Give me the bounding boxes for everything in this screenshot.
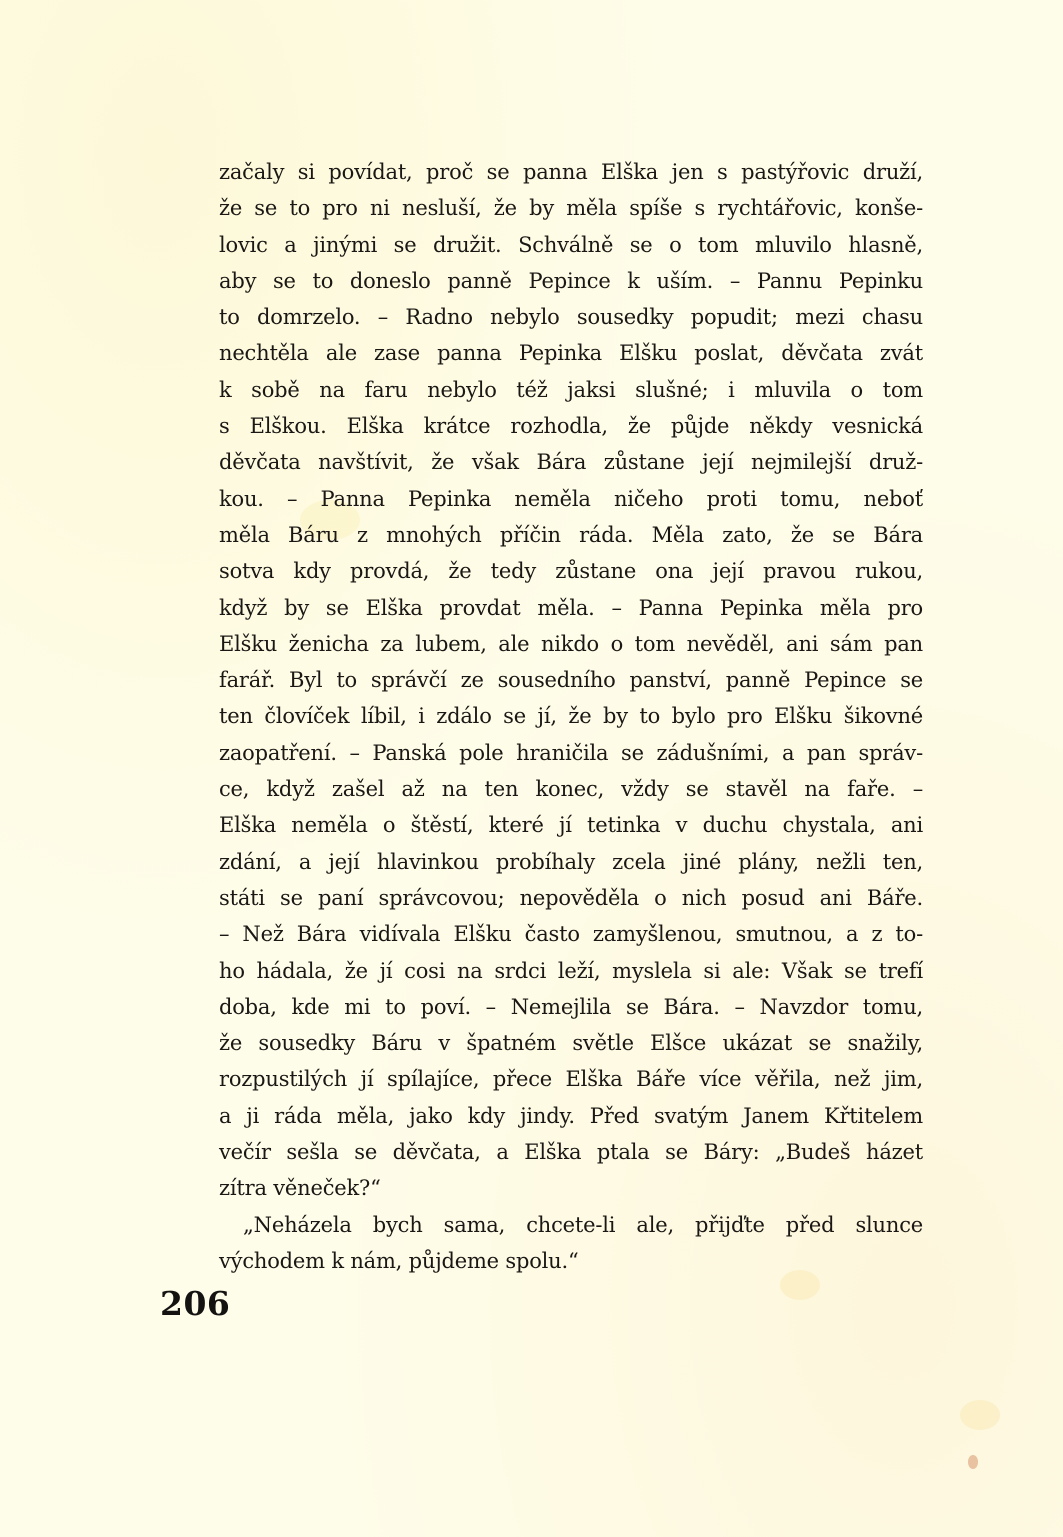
paper-stain xyxy=(960,1400,1000,1430)
text-line: aby se to doneslo panně Pepince k uším. … xyxy=(219,263,923,299)
text-line: Elška neměla o štěstí, které jí tetinka … xyxy=(219,807,923,843)
text-line: že sousedky Báru v špatném světle Elšce … xyxy=(219,1025,923,1061)
text-line: zítra věneček?“ xyxy=(219,1170,923,1206)
body-text: začaly si povídat, proč se panna Elška j… xyxy=(219,154,923,1279)
paragraph: „Neházela bych sama, chcete-li ale, přij… xyxy=(219,1207,923,1280)
text-line: a ji ráda měla, jako kdy jindy. Před sva… xyxy=(219,1098,923,1134)
text-line: zdání, a její hlavinkou probíhaly zcela … xyxy=(219,844,923,880)
text-line: kou. – Panna Pepinka neměla ničeho proti… xyxy=(219,481,923,517)
paper-stain xyxy=(968,1455,978,1469)
text-line: sotva kdy provdá, že tedy zůstane ona je… xyxy=(219,553,923,589)
book-page: začaly si povídat, proč se panna Elška j… xyxy=(0,0,1063,1537)
text-line: lovic a jinými se družit. Schválně se o … xyxy=(219,227,923,263)
text-line: nechtěla ale zase panna Pepinka Elšku po… xyxy=(219,335,923,371)
paragraph: začaly si povídat, proč se panna Elška j… xyxy=(219,154,923,1207)
page-number: 206 xyxy=(160,1284,230,1323)
text-line: – Než Bára vidívala Elšku často zamyšlen… xyxy=(219,916,923,952)
text-line: Elšku ženicha za lubem, ale nikdo o tom … xyxy=(219,626,923,662)
text-line: státi se paní správcovou; nepověděla o n… xyxy=(219,880,923,916)
text-line: ce, když zašel až na ten konec, vždy se … xyxy=(219,771,923,807)
text-line: ten človíček líbil, i zdálo se jí, že by… xyxy=(219,698,923,734)
text-line: s Elškou. Elška krátce rozhodla, že půjd… xyxy=(219,408,923,444)
text-line: ho hádala, že jí cosi na srdci leží, mys… xyxy=(219,953,923,989)
text-line: večír sešla se děvčata, a Elška ptala se… xyxy=(219,1134,923,1170)
text-line: měla Báru z mnohých příčin ráda. Měla za… xyxy=(219,517,923,553)
text-line: začaly si povídat, proč se panna Elška j… xyxy=(219,154,923,190)
text-line: když by se Elška provdat měla. – Panna P… xyxy=(219,590,923,626)
text-line: zaopatření. – Panská pole hraničila se z… xyxy=(219,735,923,771)
text-line: že se to pro ni nesluší, že by měla spíš… xyxy=(219,190,923,226)
text-line: rozpustilých jí spílajíce, přece Elška B… xyxy=(219,1061,923,1097)
text-line: „Neházela bych sama, chcete-li ale, přij… xyxy=(219,1207,923,1243)
text-line: farář. Byl to správčí ze sousedního pans… xyxy=(219,662,923,698)
text-line: východem k nám, půjdeme spolu.“ xyxy=(219,1243,923,1279)
text-line: děvčata navštívit, že však Bára zůstane … xyxy=(219,444,923,480)
text-line: doba, kde mi to poví. – Nemejlila se Bár… xyxy=(219,989,923,1025)
text-line: k sobě na faru nebylo též jaksi slušné; … xyxy=(219,372,923,408)
text-line: to domrzelo. – Radno nebylo sousedky pop… xyxy=(219,299,923,335)
